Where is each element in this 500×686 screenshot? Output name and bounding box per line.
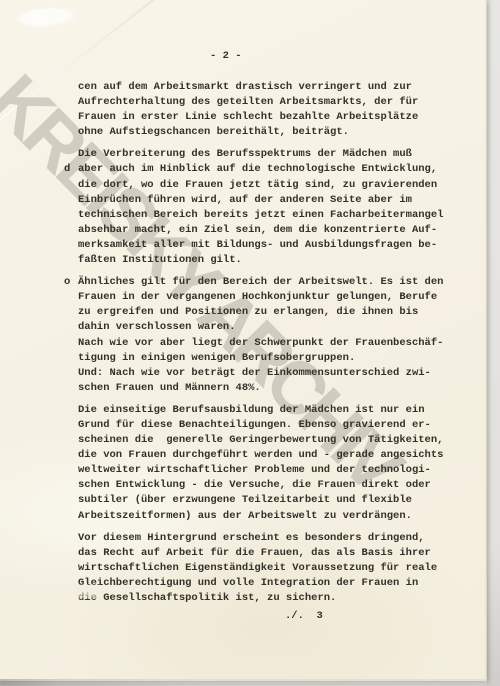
text-line: ohne Aufstiegschancen bereithält, beiträ… — [78, 125, 453, 140]
scan-bottom-edge — [0, 679, 487, 686]
text-line: cen auf dem Arbeitsmarkt drastisch verri… — [78, 80, 453, 95]
text-line: Frauen in erster Linie schlecht bezahlte… — [78, 110, 453, 125]
margin-annotation: d — [64, 162, 70, 177]
text-line: das Recht auf Arbeit für die Frauen, das… — [78, 546, 453, 561]
document-body: cen auf dem Arbeitsmarkt drastisch verri… — [78, 80, 453, 613]
text-line: Frauen in der vergangenen Hochkonjunktur… — [78, 290, 453, 305]
text-line: tigung in einigen wenigen Berufsobergrup… — [78, 351, 453, 366]
text-line: subtiler (über erzwungene Teilzeitarbeit… — [78, 493, 453, 508]
text-line: die dort, wo die Frauen jetzt tätig sind… — [78, 178, 453, 193]
text-line: Vor diesem Hintergrund erscheint es beso… — [78, 531, 453, 546]
paper-right-edge — [485, 0, 487, 681]
typed-over-correction — [76, 585, 100, 598]
text-line: merksamkeit aller mit Bildungs- und Ausb… — [78, 238, 453, 253]
text-line: dahin verschlossen waren. — [78, 320, 453, 335]
paragraph: Ähnliches gilt für den Bereich der Arbei… — [78, 275, 453, 396]
text-line: Einbrüchen führen wird, auf der anderen … — [78, 193, 453, 208]
text-line: Die einseitige Berufsausbildung der Mädc… — [78, 403, 453, 418]
text-line: Arbeitszeitformen) aus der Arbeitswelt z… — [78, 509, 453, 524]
text-line: Gleichberechtigung und volle Integration… — [78, 576, 453, 591]
paragraph: Die einseitige Berufsausbildung der Mädc… — [78, 403, 453, 524]
text-line: Aufrechterhaltung des geteilten Arbeitsm… — [78, 95, 453, 110]
margin-annotation: o — [64, 275, 70, 290]
paragraph: cen auf dem Arbeitsmarkt drastisch verri… — [78, 80, 453, 140]
scanned-document-screenshot: { "document": { "page_number": "- 2 -", … — [0, 0, 500, 686]
text-line: schen Frauen und Männern 48%. — [78, 381, 453, 396]
text-line: absehbar macht, ein Ziel sein, dem die k… — [78, 223, 453, 238]
paragraph: Die Verbreiterung des Berufsspektrums de… — [78, 147, 453, 268]
text-line: faßten Institutionen gilt. — [78, 253, 453, 268]
text-line: aber auch im Hinblick auf die technologi… — [78, 162, 453, 177]
text-line: Und: Nach wie vor beträgt der Einkommens… — [78, 366, 453, 381]
page-number: - 2 - — [210, 50, 242, 62]
text-line: zu ergreifen und Positionen zu erlangen,… — [78, 305, 453, 320]
text-line: schen Entwicklung - die Versuche, die Fr… — [78, 478, 453, 493]
correction-fluid-smudge — [19, 7, 68, 26]
document-page: KREISKY ARCHIV - 2 - cen auf dem Arbeits… — [0, 0, 487, 681]
text-line: Ähnliches gilt für den Bereich der Arbei… — [78, 275, 453, 290]
paragraph: Vor diesem Hintergrund erscheint es beso… — [78, 531, 453, 606]
text-line: Nach wie vor aber liegt der Schwerpunkt … — [78, 336, 453, 351]
text-line: die von Frauen durchgeführt werden und -… — [78, 448, 453, 463]
text-line: Grund für diese Benachteiligungen. Ebens… — [78, 418, 453, 433]
text-line: technischen Bereich bereits jetzt einen … — [78, 208, 453, 223]
footer-continuation-mark: ./. 3 — [285, 610, 323, 622]
text-line: weltweiter wirtschaftlicher Probleme und… — [78, 463, 453, 478]
text-line: die Gesellschaftspolitik ist, zu sichern… — [78, 591, 453, 606]
text-line: wirtschaftlichen Eigenständigkeit Voraus… — [78, 561, 453, 576]
text-line: scheinen die generelle Geringerbewertung… — [78, 433, 453, 448]
text-line: Die Verbreiterung des Berufsspektrums de… — [78, 147, 453, 162]
